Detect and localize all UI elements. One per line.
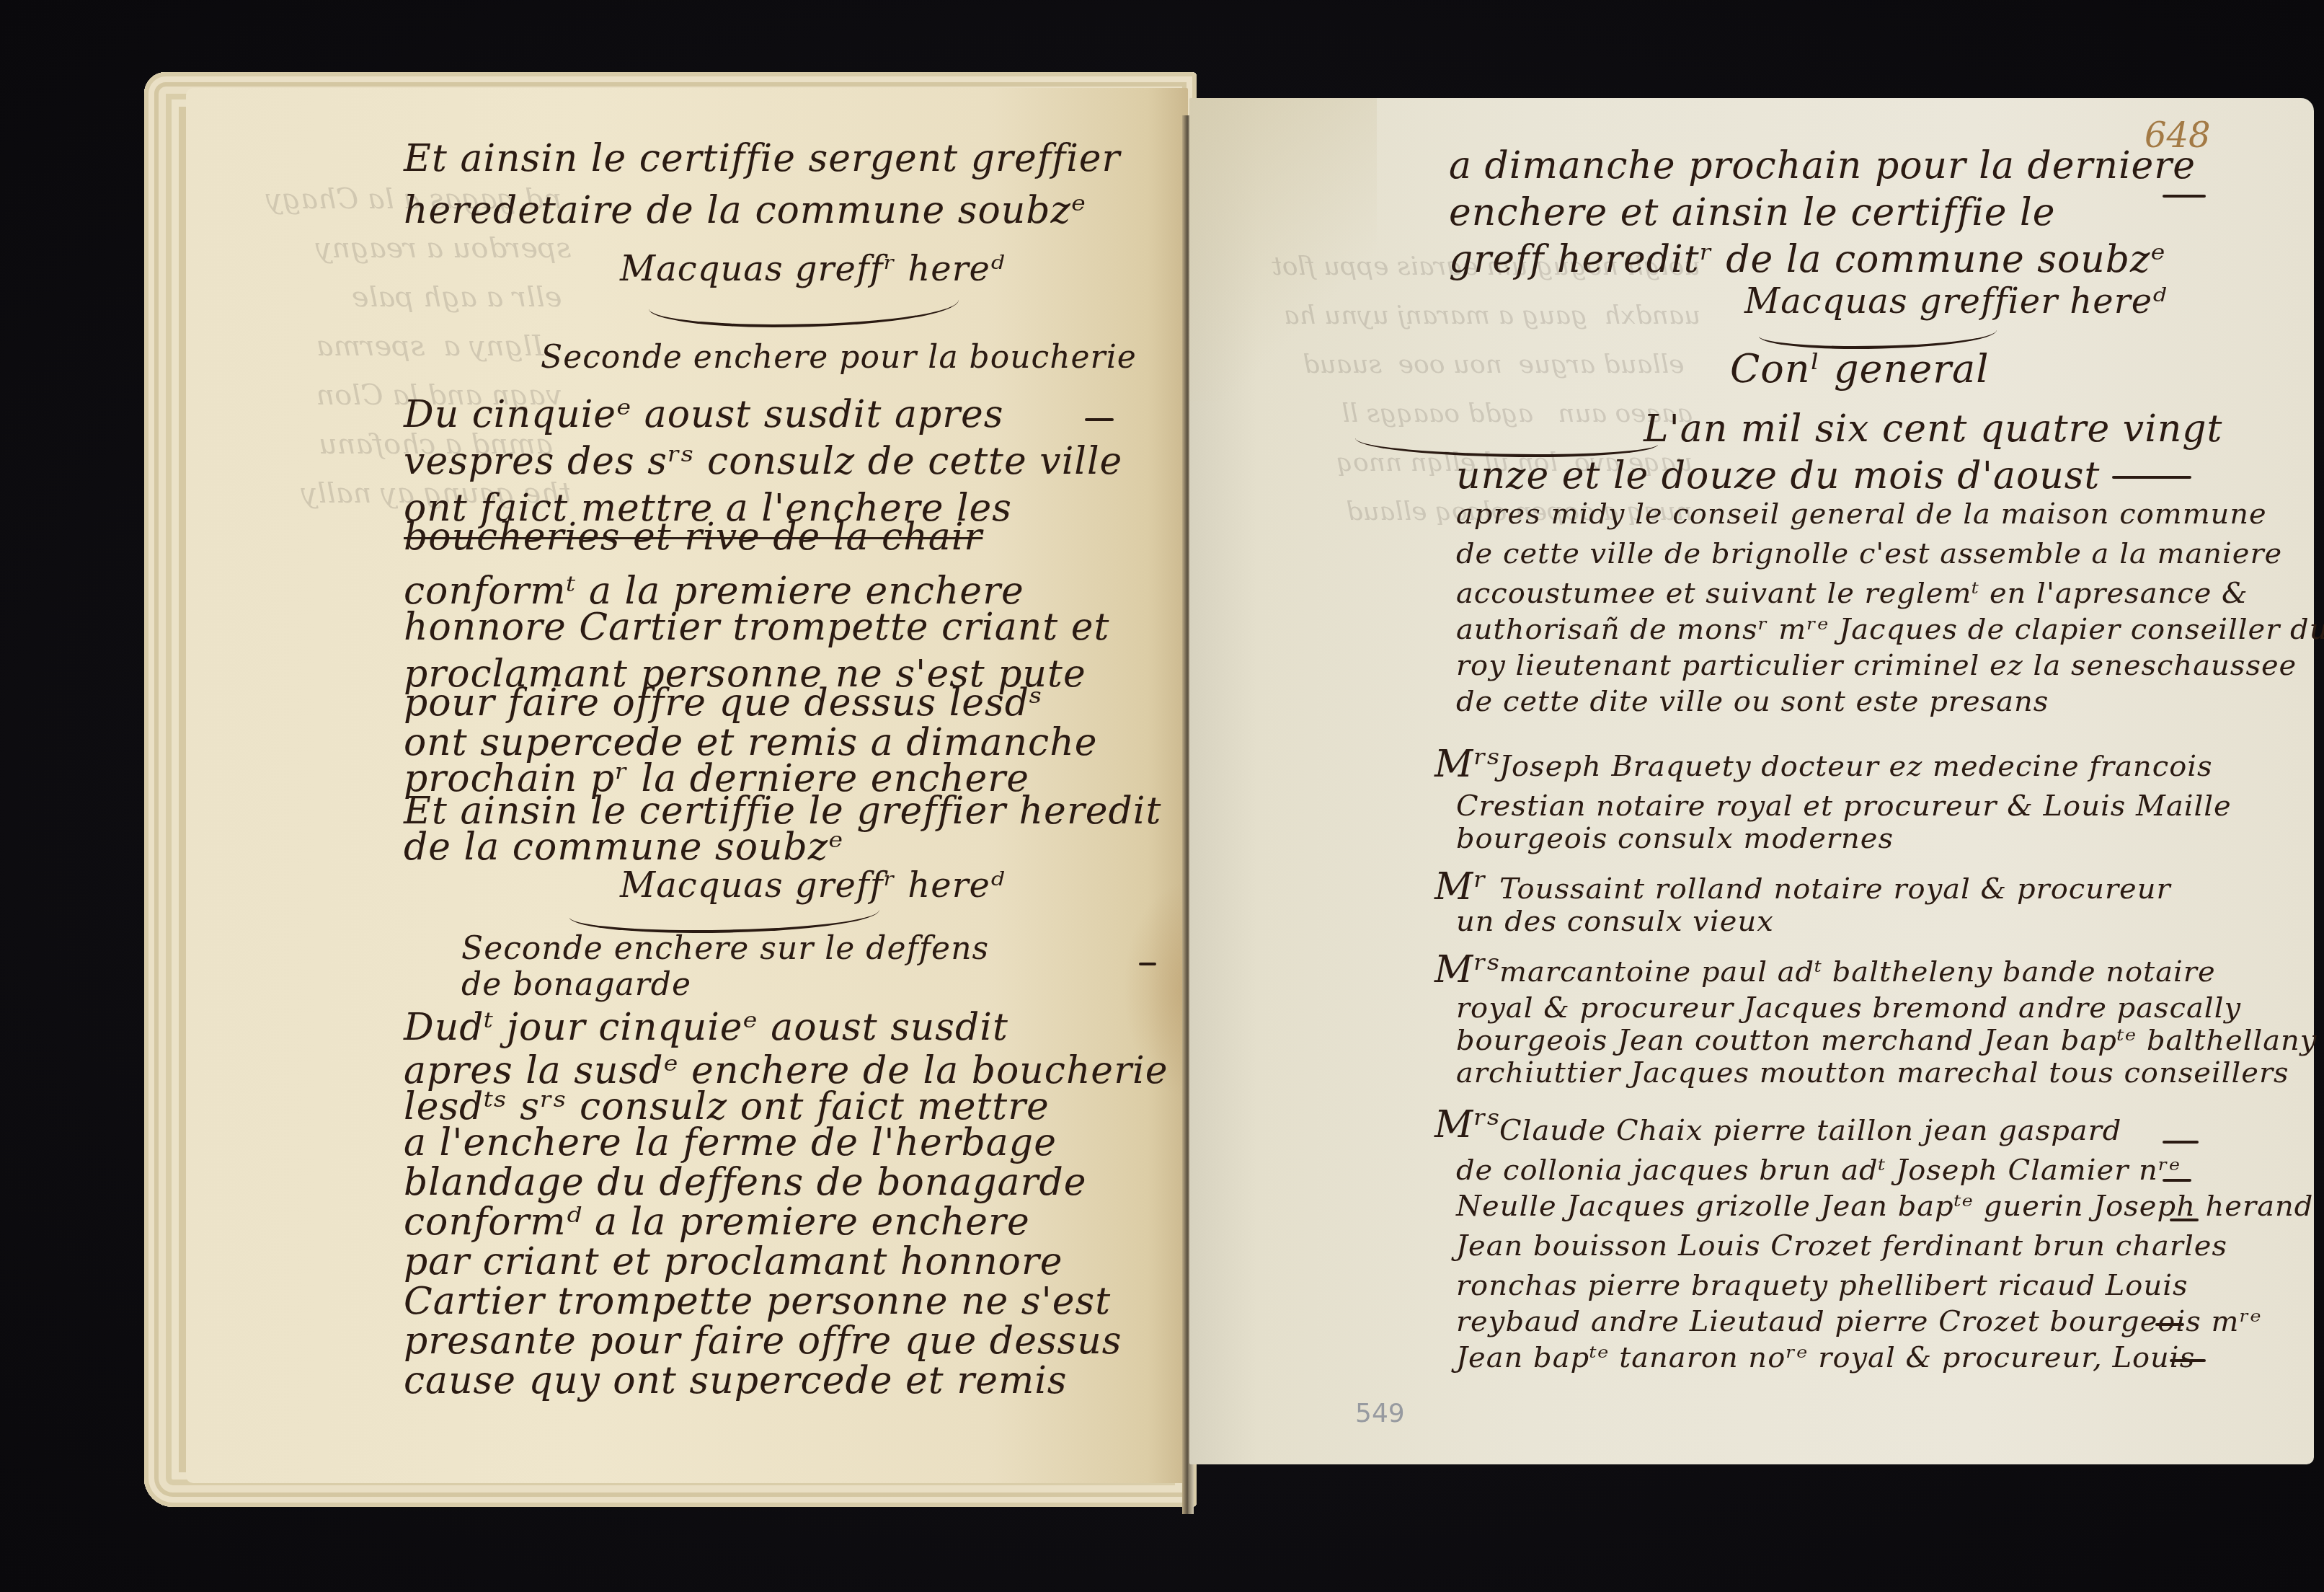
attendee-line: Toussaint rolland notaire royal & procur… xyxy=(1499,872,2171,906)
left-line-23: a l'enchere la ferme de l'herbage xyxy=(404,1121,1057,1164)
attendee-line: un des consulx vieux xyxy=(1456,905,1774,938)
left-line-20: Dudᵗ jour cinquieᵉ aoust susdit xyxy=(404,1006,1008,1049)
attendee-line: marcantoine paul adᵗ baltheleny bande no… xyxy=(1499,955,2216,989)
left-line-5: Du cinquieᵉ aoust susdit apres xyxy=(404,393,1004,436)
right-header-line-3: greff hereditʳ de la commune soubzᵉ xyxy=(1449,238,2166,281)
right-body-line-6: authorisañ de monsʳ mʳᵉ Jacques de clapi… xyxy=(1456,613,2324,646)
right-header-line-2: enchere et ainsin le certiffie le xyxy=(1449,191,2056,234)
attendee-line: Jean bapᵗᵉ tanaron noʳᵉ royal & procureu… xyxy=(1456,1341,2195,1374)
left-line-16: de la commune soubzᵉ xyxy=(404,826,843,869)
attendee-line: royal & procureur Jacques bremond andre … xyxy=(1456,991,2241,1025)
right-body-line-4: de cette ville de brignolle c'est assemb… xyxy=(1456,537,2282,570)
left-line-2: heredetaire de la commune soubzᵉ xyxy=(404,189,1086,232)
left-line-29: cause quy ont supercede et remis xyxy=(404,1359,1068,1402)
attendee-line: de collonia jacques brun adᵗ Joseph Clam… xyxy=(1456,1154,2181,1187)
left-line-27: Cartier trompette personne ne s'est xyxy=(404,1280,1111,1323)
attendee-line: Claude Chaix pierre taillon jean gaspard xyxy=(1499,1114,2121,1147)
attendee-line: ronchas pierre braquety phellibert ricau… xyxy=(1456,1269,2188,1302)
line-filler-dash xyxy=(2163,1141,2199,1144)
attendee-prefix: Mʳ xyxy=(1434,865,1487,908)
left-line-24: blandage du deffens de bonagarde xyxy=(404,1161,1087,1204)
attendee-prefix: Mʳˢ xyxy=(1434,743,1501,786)
line-filler-dash xyxy=(2170,1219,2199,1221)
line-filler-dash xyxy=(2163,195,2206,198)
line-filler-dash xyxy=(2155,1323,2184,1326)
attendee-line: reybaud andre Lieutaud pierre Crozet bou… xyxy=(1456,1305,2262,1338)
attendee-prefix: Mʳˢ xyxy=(1434,948,1501,991)
line-filler-dash xyxy=(2170,1359,2206,1362)
left-line-8-struck: boucheries et rive de la chair xyxy=(404,516,983,559)
left-heading-bonagarde-1: Seconde enchere sur le deffens xyxy=(461,930,989,967)
attendee-prefix: Mʳˢ xyxy=(1434,1103,1501,1146)
left-heading-boucherie: Seconde enchere pour la boucherie xyxy=(541,339,1137,376)
right-body-line-1: L'an mil six cent quatre vingt xyxy=(1644,407,2222,451)
left-line-28: presante pour faire offre que dessus xyxy=(404,1319,1122,1363)
right-body-line-7: roy lieutenant particulier criminel ez l… xyxy=(1456,649,2297,682)
attendee-line: bourgeois consulx modernes xyxy=(1456,822,1894,855)
attendee-line: bourgeois Jean coutton merchand Jean bap… xyxy=(1456,1024,2317,1057)
attendee-line: archiuttier Jacques moutton marechal tou… xyxy=(1456,1056,2289,1089)
right-body-line-3: apres midy le conseil general de la mais… xyxy=(1456,497,2267,531)
line-filler-dash xyxy=(2112,476,2191,479)
right-signature: Macquas greffier hereᵈ xyxy=(1744,281,2167,322)
right-body-line-5: accoustumee et suivant le reglemᵗ en l'a… xyxy=(1456,577,2248,610)
left-line-25: conformᵈ a la premiere enchere xyxy=(404,1200,1030,1244)
line-filler-dash xyxy=(1139,963,1156,965)
right-header-line-1: a dimanche prochain pour la derniere xyxy=(1449,144,2196,187)
pencil-page-number: 549 xyxy=(1355,1399,1405,1428)
attendee-line: Crestian notaire royal et procureur & Lo… xyxy=(1456,790,2232,823)
left-heading-bonagarde-2: de bonagarde xyxy=(461,966,691,1003)
left-line-10: honnore Cartier trompette criant et xyxy=(404,606,1109,649)
attendee-line: Joseph Braquety docteur ez medecine fran… xyxy=(1499,750,2213,783)
right-body-line-2: unze et le douze du mois d'aoust xyxy=(1456,454,2100,497)
right-body-line-8: de cette dite ville ou sont este presans xyxy=(1456,685,2049,718)
left-line-26: par criant et proclamant honnore xyxy=(404,1240,1063,1283)
left-line-6: vespres des sʳˢ consulz de cette ville xyxy=(404,440,1122,483)
line-filler-dash xyxy=(2163,1179,2191,1182)
left-line-1: Et ainsin le certiffie sergent greffier xyxy=(404,137,1120,180)
attendee-line: Jean bouisson Louis Crozet ferdinant bru… xyxy=(1456,1229,2227,1262)
line-filler-dash xyxy=(1085,418,1114,421)
section-title-conseil-general: Conˡ general xyxy=(1730,346,1989,392)
left-line-12: pour faire offre que dessus lesdˢ xyxy=(404,681,1043,725)
